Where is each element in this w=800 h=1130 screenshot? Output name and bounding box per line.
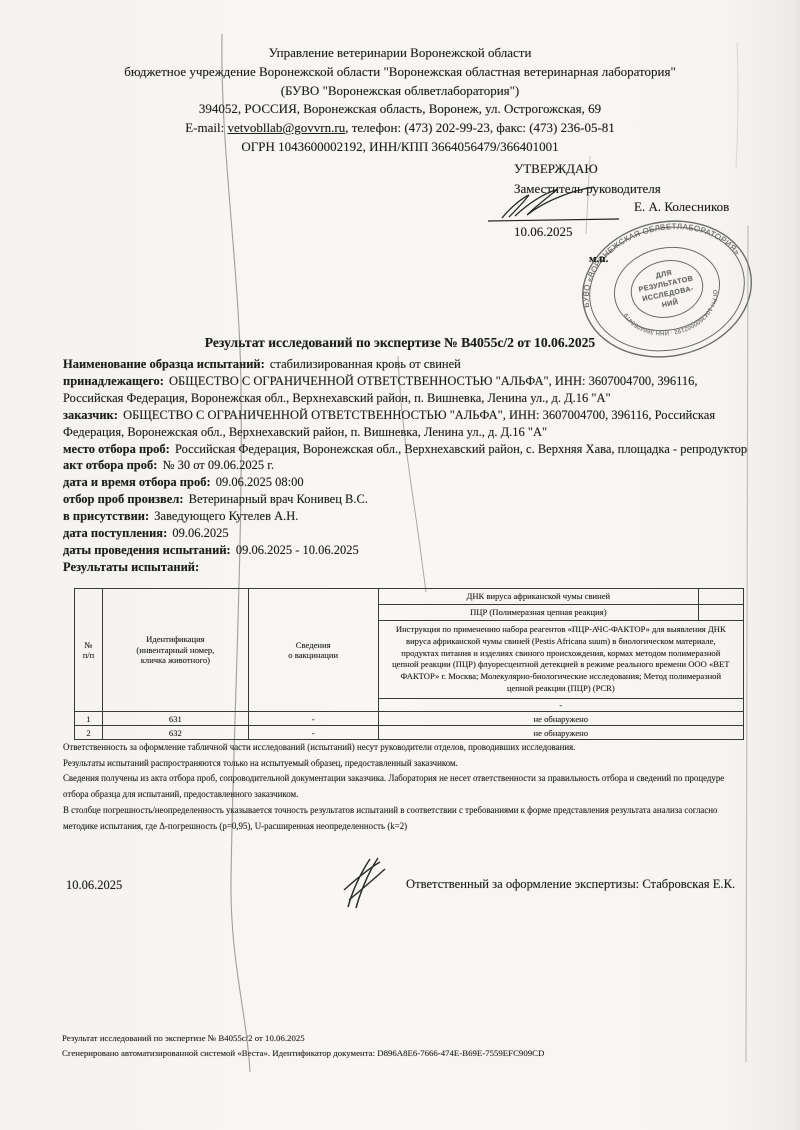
info-value: стабилизированная кровь от свиней	[270, 357, 461, 371]
info-value: 09.06.2025 - 10.06.2025	[236, 543, 359, 557]
scanned-document-page: Управление ветеринарии Воронежской облас…	[0, 0, 800, 1130]
cell-vaccination: -	[248, 712, 378, 726]
info-line-sampling-datetime: дата и время отбора проб: 09.06.2025 08:…	[63, 474, 748, 491]
result-header-spacer-2	[699, 605, 744, 621]
result-header-method-name: ПЦР (Полимеразная цепная реакция)	[378, 605, 698, 621]
approval-word: УТВЕРЖДАЮ	[514, 159, 661, 179]
info-label: Наименование образца испытаний:	[63, 357, 265, 371]
letterhead-line-contacts: E-mail: vetvobllab@govvrn.ru, телефон: (…	[28, 119, 772, 138]
letterhead-line-abbrev: (БУВО "Воронежская облветлаборатория")	[28, 82, 772, 101]
cell-identification: 632	[102, 726, 248, 740]
info-line-sample-name: Наименование образца испытаний: стабилиз…	[63, 356, 748, 373]
info-label: в присутствии:	[63, 509, 149, 523]
info-label: место отбора проб:	[63, 442, 170, 456]
letterhead-line-institution: бюджетное учреждение Воронежской области…	[28, 63, 772, 82]
info-label: акт отбора проб:	[63, 458, 157, 472]
approval-signature-icon	[482, 184, 652, 228]
info-line-receipt-date: дата поступления: 09.06.2025	[63, 525, 748, 542]
results-table: №п/п Идентификация(инвентарный номер,кли…	[74, 588, 744, 740]
info-line-sampling-place: место отбора проб: Российская Федерация,…	[63, 441, 748, 458]
cell-number: 1	[75, 712, 103, 726]
results-section-label: Результаты испытаний:	[63, 559, 748, 576]
letterhead-line-ogrn: ОГРН 1043600002192, ИНН/КПП 3664056479/3…	[28, 138, 772, 157]
info-label: заказчик:	[63, 408, 118, 422]
info-line-owner: принадлежащего: ОБЩЕСТВО С ОГРАНИЧЕННОЙ …	[63, 373, 748, 407]
info-label: отбор проб произвел:	[63, 492, 184, 506]
cell-number: 2	[75, 726, 103, 740]
stamp-center-line4: НИЙ	[661, 297, 679, 309]
document-footer: Результат исследований по экспертизе № В…	[62, 1031, 544, 1060]
footnotes-block: Ответственность за оформление табличной …	[63, 740, 751, 834]
info-label: даты проведения испытаний:	[63, 543, 231, 557]
email-address: vetvobllab@govvrn.ru	[227, 120, 345, 135]
result-header-spacer-1	[699, 589, 744, 605]
letterhead-line-authority: Управление ветеринарии Воронежской облас…	[28, 44, 772, 63]
info-label: дата поступления:	[63, 526, 167, 540]
result-header-dash-row: -	[378, 698, 743, 712]
info-value: Заведующего Кутелев А.Н.	[154, 509, 298, 523]
info-line-customer: заказчик: ОБЩЕСТВО С ОГРАНИЧЕННОЙ ОТВЕТС…	[63, 407, 748, 441]
footer-expertise-line: Результат исследований по экспертизе № В…	[62, 1031, 544, 1046]
result-header-analyte: ДНК вируса африканской чумы свиней	[378, 589, 698, 605]
email-label: E-mail:	[185, 120, 224, 135]
table-row: 1 631 - не обнаружено	[75, 712, 744, 726]
phone-fax: , телефон: (473) 202-99-23, факс: (473) …	[345, 120, 615, 135]
footnote: В столбце погрешность/неопределенность у…	[63, 803, 751, 834]
info-value: № 30 от 09.06.2025 г.	[163, 458, 275, 472]
info-line-sampler: отбор проб произвел: Ветеринарный врач К…	[63, 491, 748, 508]
info-value: 09.06.2025 08:00	[216, 475, 304, 489]
col-header-number: №п/п	[75, 589, 103, 712]
info-value: ОБЩЕСТВО С ОГРАНИЧЕННОЙ ОТВЕТСТВЕННОСТЬЮ…	[63, 408, 715, 439]
footnote: Сведения получены из акта отбора проб, с…	[63, 771, 751, 802]
col-header-identification: Идентификация(инвентарный номер,кличка ж…	[102, 589, 248, 712]
cell-result: не обнаружено	[378, 726, 743, 740]
footnote: Ответственность за оформление табличной …	[63, 740, 751, 756]
document-title: Результат исследований по экспертизе № В…	[0, 335, 800, 351]
info-label: дата и время отбора проб:	[63, 475, 211, 489]
mp-mark: м.п.	[589, 253, 608, 265]
info-label: принадлежащего:	[63, 374, 164, 388]
info-line-witness: в присутствии: Заведующего Кутелев А.Н.	[63, 508, 748, 525]
result-header-method-description: Инструкция по применению набора реагенто…	[378, 621, 743, 699]
cell-vaccination: -	[248, 726, 378, 740]
letterhead-line-address: 394052, РОССИЯ, Воронежская область, Вор…	[28, 100, 772, 119]
cell-identification: 631	[102, 712, 248, 726]
info-value: Ветеринарный врач Конивец В.С.	[189, 492, 368, 506]
info-value: 09.06.2025	[172, 526, 228, 540]
footer-generated-line: Сгенерировано автоматизированной системо…	[62, 1046, 544, 1061]
info-line-sampling-act: акт отбора проб: № 30 от 09.06.2025 г.	[63, 457, 748, 474]
responsible-signature-icon	[336, 855, 390, 911]
col-header-vaccination: Сведенияо вакцинации	[248, 589, 378, 712]
approval-date: 10.06.2025	[514, 224, 573, 240]
responsible-person-line: Ответственный за оформление экспертизы: …	[406, 877, 735, 892]
table-row: 2 632 - не обнаружено	[75, 726, 744, 740]
info-value: Российская Федерация, Воронежская обл., …	[175, 442, 747, 456]
letterhead: Управление ветеринарии Воронежской облас…	[28, 44, 772, 157]
signoff-date: 10.06.2025	[66, 878, 122, 893]
footnote: Результаты испытаний распространяются то…	[63, 756, 751, 772]
sample-info-block: Наименование образца испытаний: стабилиз…	[63, 356, 748, 576]
cell-result: не обнаружено	[378, 712, 743, 726]
info-line-test-dates: даты проведения испытаний: 09.06.2025 - …	[63, 542, 748, 559]
